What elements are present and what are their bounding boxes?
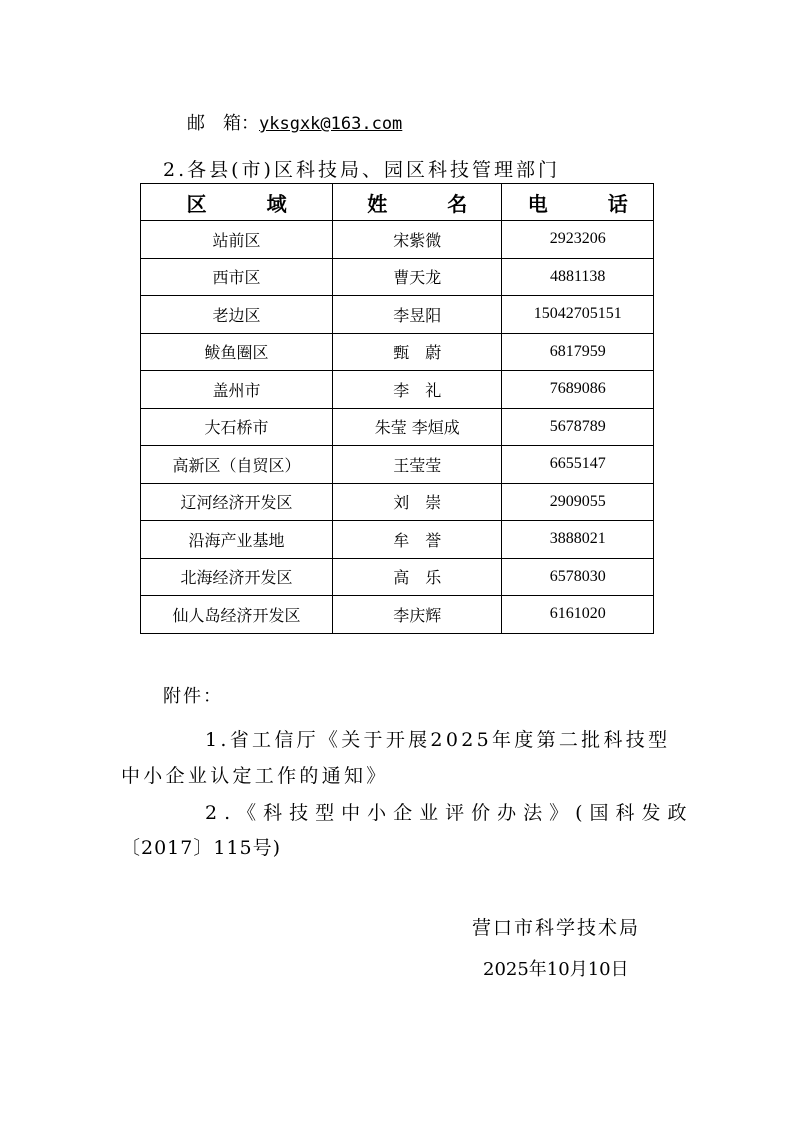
attachment-2-line-2: 〔2017〕115号) — [121, 834, 281, 862]
table-row: 西市区曹天龙4881138 — [141, 258, 654, 296]
table-row: 盖州市李 礼7689086 — [141, 371, 654, 409]
table-row: 北海经济开发区高 乐6578030 — [141, 558, 654, 596]
attachments-label: 附件： — [163, 684, 223, 710]
region-cell: 西市区 — [141, 258, 333, 296]
name-cell: 牟 誉 — [333, 521, 502, 559]
name-cell: 高 乐 — [333, 558, 502, 596]
contacts-table: 区域 姓名 电话 站前区宋紫微2923206 西市区曹天龙4881138 老边区… — [140, 183, 654, 634]
region-cell: 老边区 — [141, 296, 333, 334]
table-row: 辽河经济开发区刘 崇2909055 — [141, 483, 654, 521]
table-row: 老边区李昱阳15042705151 — [141, 296, 654, 334]
phone-cell: 2923206 — [502, 221, 654, 259]
name-cell: 曹天龙 — [333, 258, 502, 296]
header-name: 姓名 — [333, 184, 502, 221]
phone-cell: 6817959 — [502, 333, 654, 371]
name-cell: 朱莹 李烜成 — [333, 408, 502, 446]
phone-cell: 7689086 — [502, 371, 654, 409]
issuer-name: 营口市科学技术局 — [472, 914, 640, 942]
attachment-1-line-2: 中小企业认定工作的通知》 — [121, 762, 389, 790]
phone-cell: 2909055 — [502, 483, 654, 521]
attachment-2-line-1: 2.《科技型中小企业评价办法》(国科发政 — [205, 799, 694, 827]
email-line: 邮 箱：yksgxk@163.com — [187, 111, 402, 137]
phone-cell: 5678789 — [502, 408, 654, 446]
table-row: 大石桥市朱莹 李烜成5678789 — [141, 408, 654, 446]
region-cell: 鲅鱼圈区 — [141, 333, 333, 371]
table-row: 鲅鱼圈区甄 蔚6817959 — [141, 333, 654, 371]
table-row: 沿海产业基地牟 誉3888021 — [141, 521, 654, 559]
table-row: 高新区（自贸区）王莹莹6655147 — [141, 446, 654, 484]
region-cell: 大石桥市 — [141, 408, 333, 446]
phone-cell: 4881138 — [502, 258, 654, 296]
phone-cell: 6161020 — [502, 596, 654, 634]
region-cell: 仙人岛经济开发区 — [141, 596, 333, 634]
name-cell: 宋紫微 — [333, 221, 502, 259]
name-cell: 王莹莹 — [333, 446, 502, 484]
attachment-1-line-1: 1.省工信厅《关于开展2025年度第二批科技型 — [205, 726, 670, 754]
name-cell: 刘 崇 — [333, 483, 502, 521]
email-link[interactable]: yksgxk@163.com — [259, 114, 402, 134]
phone-cell: 3888021 — [502, 521, 654, 559]
region-cell: 盖州市 — [141, 371, 333, 409]
table-row: 站前区宋紫微2923206 — [141, 221, 654, 259]
issue-date: 2025年10月10日 — [483, 957, 629, 983]
name-cell: 李昱阳 — [333, 296, 502, 334]
region-cell: 站前区 — [141, 221, 333, 259]
table-row: 仙人岛经济开发区李庆辉6161020 — [141, 596, 654, 634]
name-cell: 李 礼 — [333, 371, 502, 409]
phone-cell: 6578030 — [502, 558, 654, 596]
header-phone: 电话 — [502, 184, 654, 221]
region-cell: 沿海产业基地 — [141, 521, 333, 559]
name-cell: 李庆辉 — [333, 596, 502, 634]
phone-cell: 15042705151 — [502, 296, 654, 334]
section-title: 2.各县(市)区科技局、园区科技管理部门 — [163, 156, 560, 184]
header-region: 区域 — [141, 184, 333, 221]
email-label: 邮 箱： — [187, 113, 259, 134]
phone-cell: 6655147 — [502, 446, 654, 484]
region-cell: 高新区（自贸区） — [141, 446, 333, 484]
region-cell: 北海经济开发区 — [141, 558, 333, 596]
table-header-row: 区域 姓名 电话 — [141, 184, 654, 221]
name-cell: 甄 蔚 — [333, 333, 502, 371]
region-cell: 辽河经济开发区 — [141, 483, 333, 521]
